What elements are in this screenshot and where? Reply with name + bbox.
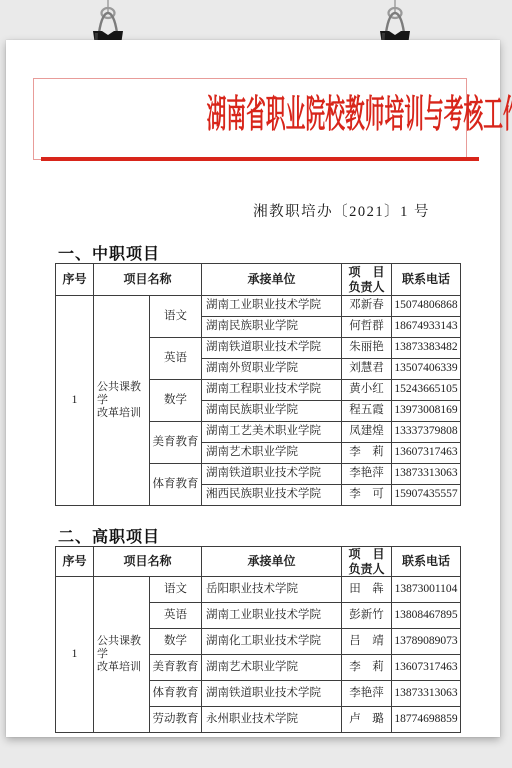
table-header-row: 序号 项目名称 承接单位 项 目 负责人 联系电话 <box>56 264 461 296</box>
header-seq: 序号 <box>56 264 94 296</box>
header-owner: 项 目 负责人 <box>342 547 392 577</box>
seq-cell: 1 <box>56 296 94 506</box>
phone-cell: 13507406339 <box>392 359 461 380</box>
provider-cell: 湖南铁道职业技术学院 <box>202 338 342 359</box>
owner-cell: 朱丽艳 <box>342 338 392 359</box>
provider-cell: 湖南工业职业技术学院 <box>202 296 342 317</box>
header-provider: 承接单位 <box>202 264 342 296</box>
owner-cell: 卢 璐 <box>342 707 392 733</box>
provider-cell: 湖南外贸职业学院 <box>202 359 342 380</box>
subject-cell: 美育教育 <box>150 655 202 681</box>
project-cell: 公共课教学 改革培训 <box>94 296 150 506</box>
provider-cell: 湖南铁道职业技术学院 <box>202 681 342 707</box>
owner-cell: 何哲群 <box>342 317 392 338</box>
phone-cell: 13789089073 <box>392 629 461 655</box>
owner-cell: 吕 靖 <box>342 629 392 655</box>
phone-cell: 13973008169 <box>392 401 461 422</box>
header-project: 项目名称 <box>94 547 202 577</box>
phone-cell: 18674933143 <box>392 317 461 338</box>
subject-cell: 英语 <box>150 603 202 629</box>
provider-cell: 岳阳职业技术学院 <box>202 577 342 603</box>
screenshot-root: { "colors": { "accent_red": "#d8251a", "… <box>0 0 512 768</box>
seq-cell: 1 <box>56 577 94 733</box>
header-project: 项目名称 <box>94 264 202 296</box>
owner-cell: 李艳萍 <box>342 681 392 707</box>
table-row: 1 公共课教学 改革培训 语文 湖南工业职业技术学院 邓新春 150748068… <box>56 296 461 317</box>
phone-cell: 13607317463 <box>392 655 461 681</box>
phone-cell: 15243665105 <box>392 380 461 401</box>
provider-cell: 湖南工业职业技术学院 <box>202 603 342 629</box>
table-row: 1 公共课教学 改革培训 语文 岳阳职业技术学院 田 犇 13873001104 <box>56 577 461 603</box>
provider-cell: 湘西民族职业技术学院 <box>202 485 342 506</box>
red-divider-line <box>41 157 479 161</box>
owner-cell: 李 可 <box>342 485 392 506</box>
owner-cell: 程五霞 <box>342 401 392 422</box>
subject-cell: 语文 <box>150 296 202 338</box>
header-phone: 联系电话 <box>392 547 461 577</box>
subject-cell: 语文 <box>150 577 202 603</box>
phone-cell: 13873001104 <box>392 577 461 603</box>
phone-cell: 13337379808 <box>392 422 461 443</box>
subject-cell: 体育教育 <box>150 464 202 506</box>
subject-cell: 体育教育 <box>150 681 202 707</box>
provider-cell: 湖南铁道职业技术学院 <box>202 464 342 485</box>
letterhead-title-text: 湖南省职业院校教师培训与考核工作委员会办公室 <box>207 92 512 140</box>
project-cell: 公共课教学 改革培训 <box>94 577 150 733</box>
owner-cell: 李 莉 <box>342 443 392 464</box>
header-provider: 承接单位 <box>202 547 342 577</box>
phone-cell: 13873313063 <box>392 464 461 485</box>
owner-cell: 李艳萍 <box>342 464 392 485</box>
gaozhi-table: 序号 项目名称 承接单位 项 目 负责人 联系电话 1 公共课教学 改革培训 语… <box>55 546 461 733</box>
section-heading-zhongzhi: 一、中职项目 <box>58 241 160 264</box>
phone-cell: 15907435557 <box>392 485 461 506</box>
section-heading-gaozhi: 二、高职项目 <box>58 524 160 547</box>
table-header-row: 序号 项目名称 承接单位 项 目 负责人 联系电话 <box>56 547 461 577</box>
header-phone: 联系电话 <box>392 264 461 296</box>
provider-cell: 湖南民族职业学院 <box>202 317 342 338</box>
owner-cell: 彭新竹 <box>342 603 392 629</box>
phone-cell: 13873313063 <box>392 681 461 707</box>
subject-cell: 数学 <box>150 629 202 655</box>
phone-cell: 13808467895 <box>392 603 461 629</box>
owner-cell: 邓新春 <box>342 296 392 317</box>
provider-cell: 湖南化工职业技术学院 <box>202 629 342 655</box>
doc-number: 湘教职培办〔2021〕1 号 <box>253 200 430 221</box>
phone-cell: 15074806868 <box>392 296 461 317</box>
subject-cell: 英语 <box>150 338 202 380</box>
subject-cell: 美育教育 <box>150 422 202 464</box>
subject-cell: 劳动教育 <box>150 707 202 733</box>
owner-cell: 刘慧君 <box>342 359 392 380</box>
owner-cell: 凤建煌 <box>342 422 392 443</box>
provider-cell: 湖南工程职业技术学院 <box>202 380 342 401</box>
provider-cell: 湖南工艺美术职业学院 <box>202 422 342 443</box>
owner-cell: 黄小红 <box>342 380 392 401</box>
provider-cell: 湖南艺术职业学院 <box>202 655 342 681</box>
phone-cell: 13607317463 <box>392 443 461 464</box>
provider-cell: 湖南民族职业学院 <box>202 401 342 422</box>
provider-cell: 永州职业技术学院 <box>202 707 342 733</box>
letterhead-title: 湖南省职业院校教师培训与考核工作委员会办公室 <box>6 92 500 140</box>
owner-cell: 李 莉 <box>342 655 392 681</box>
document-paper: 湖南省职业院校教师培训与考核工作委员会办公室 湘教职培办〔2021〕1 号 一、… <box>6 40 500 737</box>
zhongzhi-table: 序号 项目名称 承接单位 项 目 负责人 联系电话 1 公共课教学 改革培训 语… <box>55 263 461 506</box>
subject-cell: 数学 <box>150 380 202 422</box>
phone-cell: 18774698859 <box>392 707 461 733</box>
header-owner: 项 目 负责人 <box>342 264 392 296</box>
header-seq: 序号 <box>56 547 94 577</box>
provider-cell: 湖南艺术职业学院 <box>202 443 342 464</box>
phone-cell: 13873383482 <box>392 338 461 359</box>
owner-cell: 田 犇 <box>342 577 392 603</box>
